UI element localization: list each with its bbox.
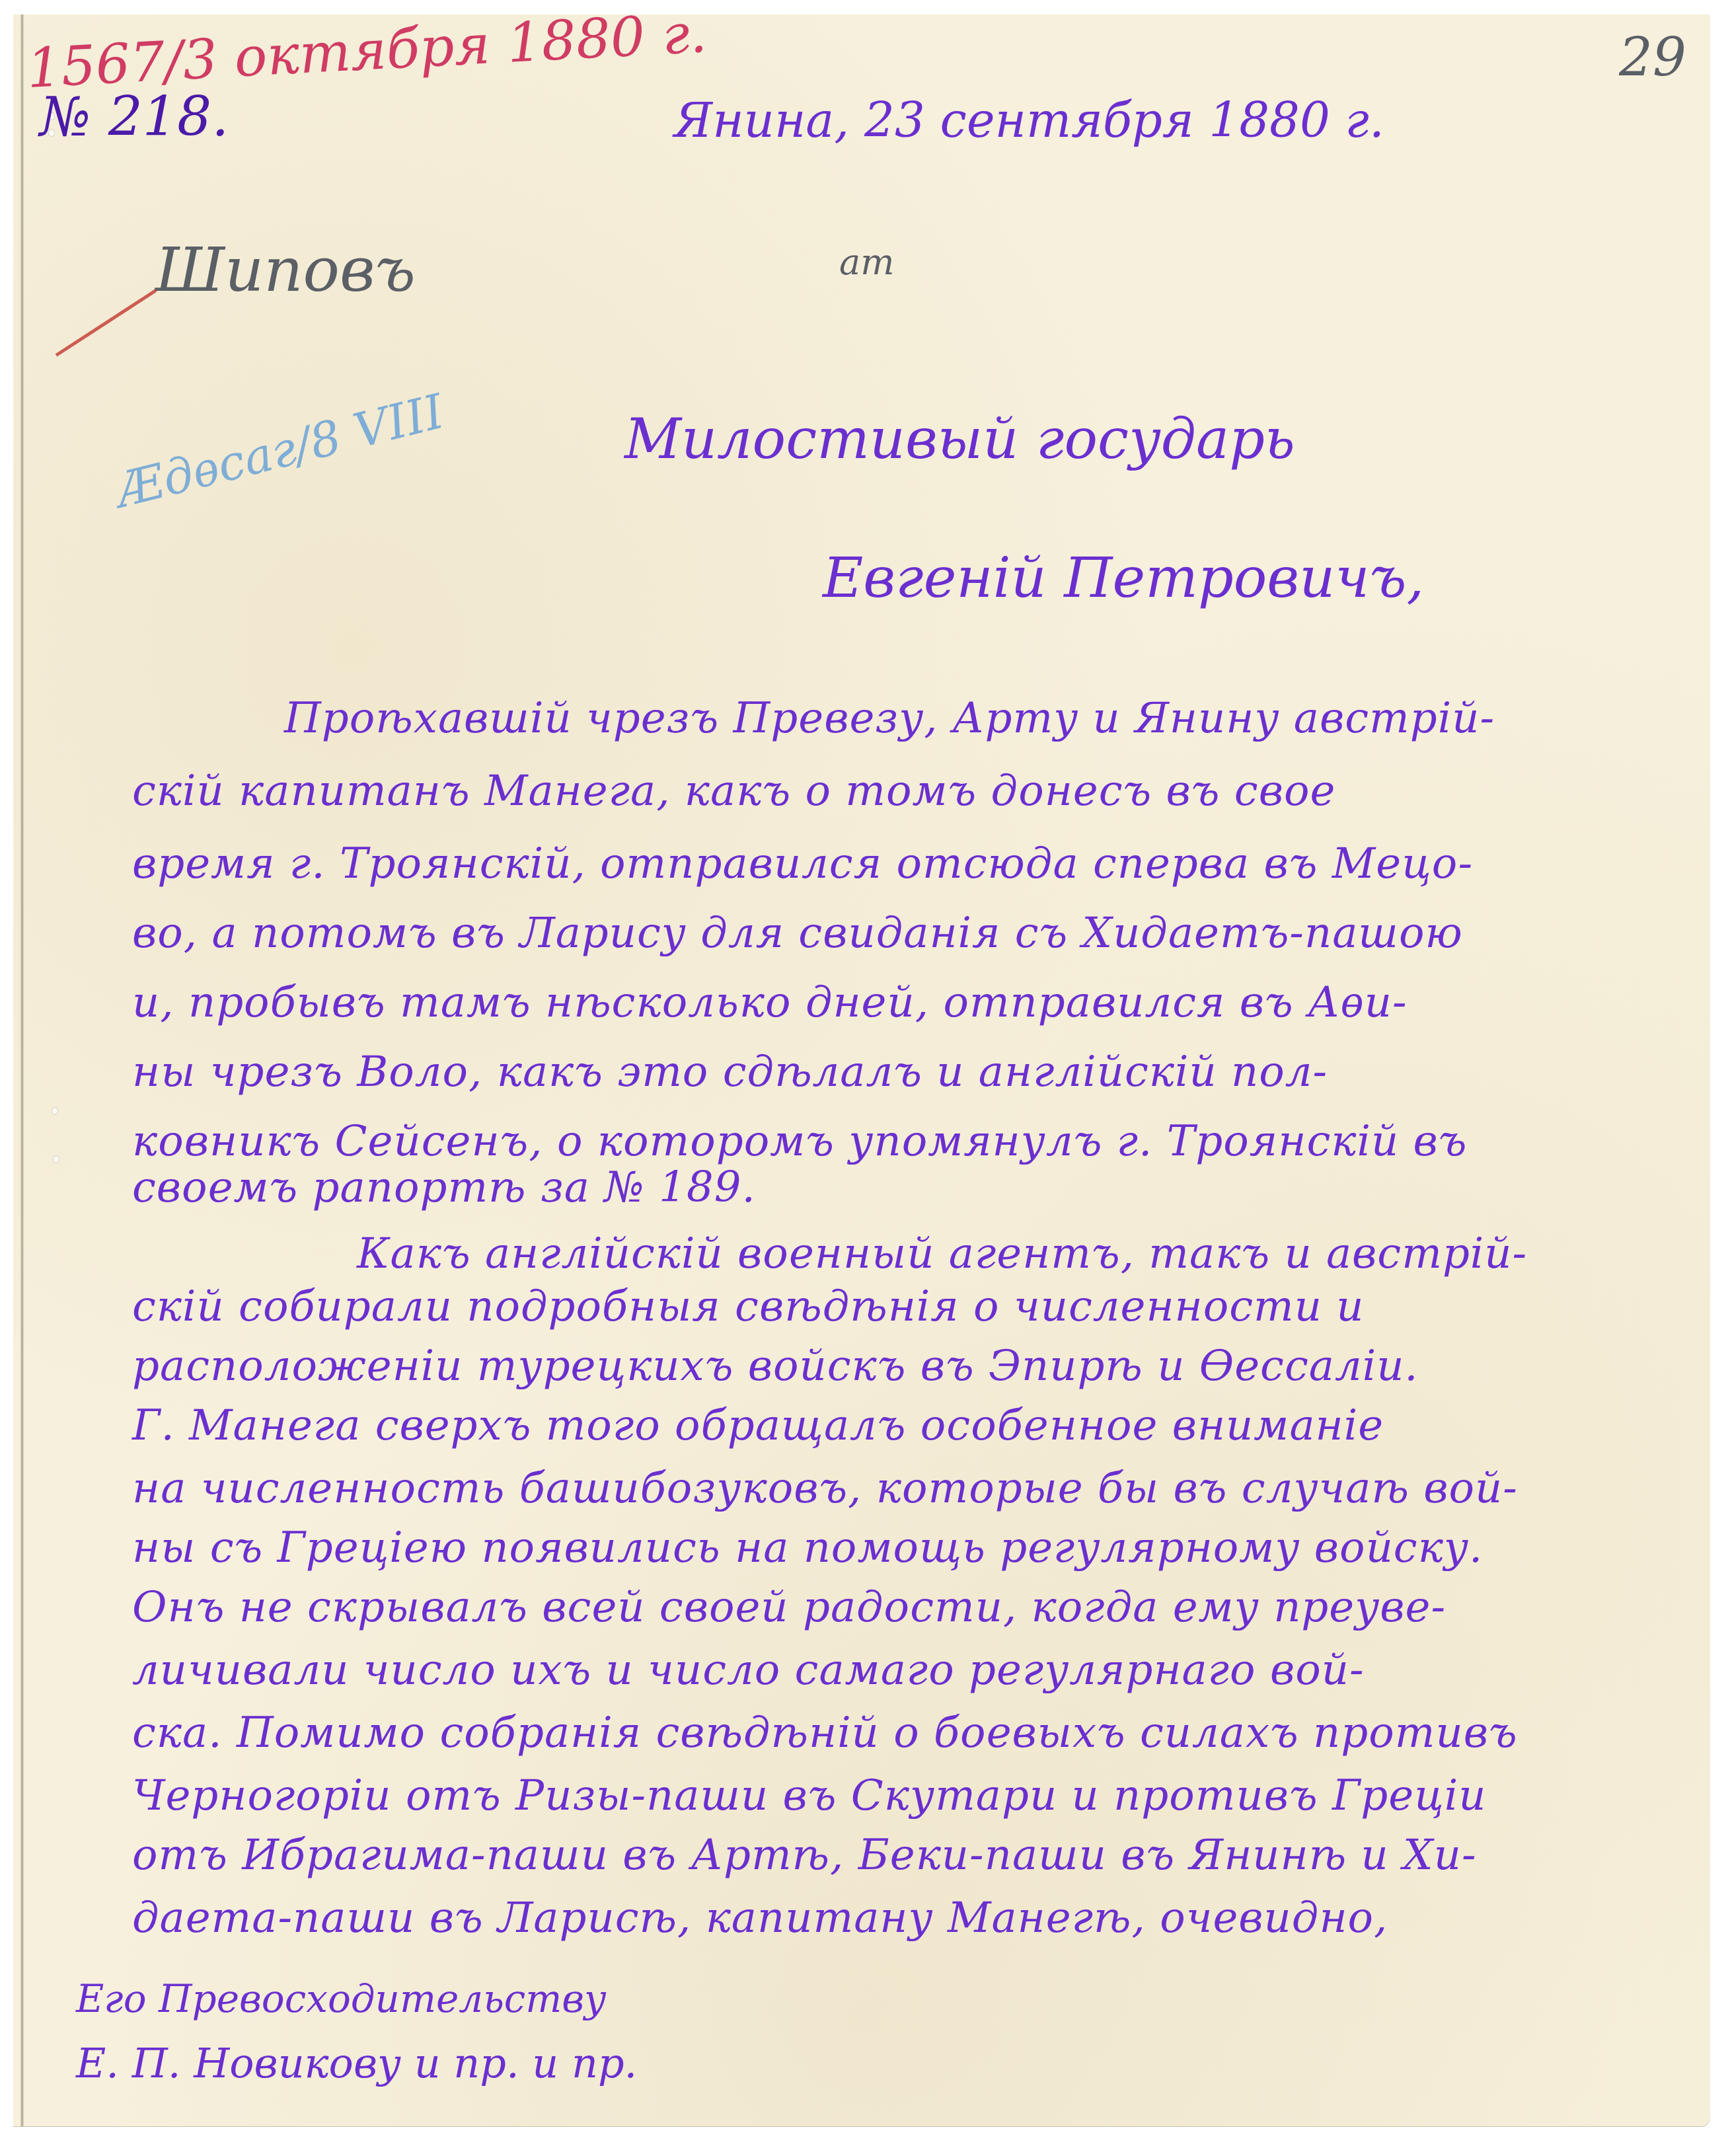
body-line: своемъ рапортѣ за № 189. [132,1163,756,1212]
body-line: Какъ англійскій военный агентъ, такъ и а… [357,1229,1527,1278]
page-number: 29 [1619,26,1686,88]
body-line: отъ Ибрагима-паши въ Артѣ, Беки-паши въ … [132,1831,1477,1880]
addressee-line-1: Его Превосходительству [76,1976,607,2021]
place-date: Янина, 23 сентября 1880 г. [674,93,1384,148]
salutation-line-2: Евгеній Петровичъ, [823,545,1424,610]
body-line: личивали число ихъ и число самаго регуля… [132,1646,1365,1695]
body-line: время г. Троянскій, отправился отсюда сп… [132,839,1473,888]
body-line: расположеніи турецкихъ войскъ въ Эпирѣ и… [132,1342,1419,1391]
body-line: Г. Манега сверхъ того обращалъ особенное… [132,1401,1384,1450]
pencil-note-name: Шиповъ [155,235,416,305]
body-line: ны чрезъ Воло, какъ это сдѣлалъ и англій… [132,1048,1328,1097]
addressee-line-2: Е. П. Новикову и пр. и пр. [76,2039,637,2087]
body-line: скій собирали подробныя свѣдѣнія о числе… [132,1282,1365,1331]
punch-hole [52,1107,58,1115]
body-line: ковникъ Сейсенъ, о которомъ упомянулъ г.… [132,1117,1467,1166]
body-line: ны съ Греціею появились на помощь регуля… [132,1523,1483,1572]
body-line: Онъ не скрывалъ всей своей радости, когд… [132,1583,1446,1632]
body-line: даета-паши въ Ларисѣ, капитану Манегѣ, о… [132,1894,1388,1943]
body-line: на численность башибозуковъ, которые бы … [132,1464,1518,1513]
body-line: ска. Помимо собранія свѣдѣній о боевыхъ … [132,1709,1518,1757]
punch-hole [53,1155,59,1163]
body-line: Проѣхавшій чрезъ Превезу, Арту и Янину а… [284,694,1495,743]
pencil-note-initials: ат [839,241,894,283]
salutation-line-1: Милостивый государь [624,406,1295,471]
body-line: скій капитанъ Манега, какъ о томъ донесъ… [132,767,1335,816]
body-line: Черногоріи отъ Ризы-паши въ Скутари и пр… [132,1771,1487,1820]
binding-fold-line [20,15,24,2126]
body-line: во, а потомъ въ Ларису для свиданія съ Х… [132,909,1463,958]
outgoing-number: № 218. [40,86,229,149]
body-line: и, пробывъ тамъ нѣсколько дней, отправил… [132,978,1408,1027]
